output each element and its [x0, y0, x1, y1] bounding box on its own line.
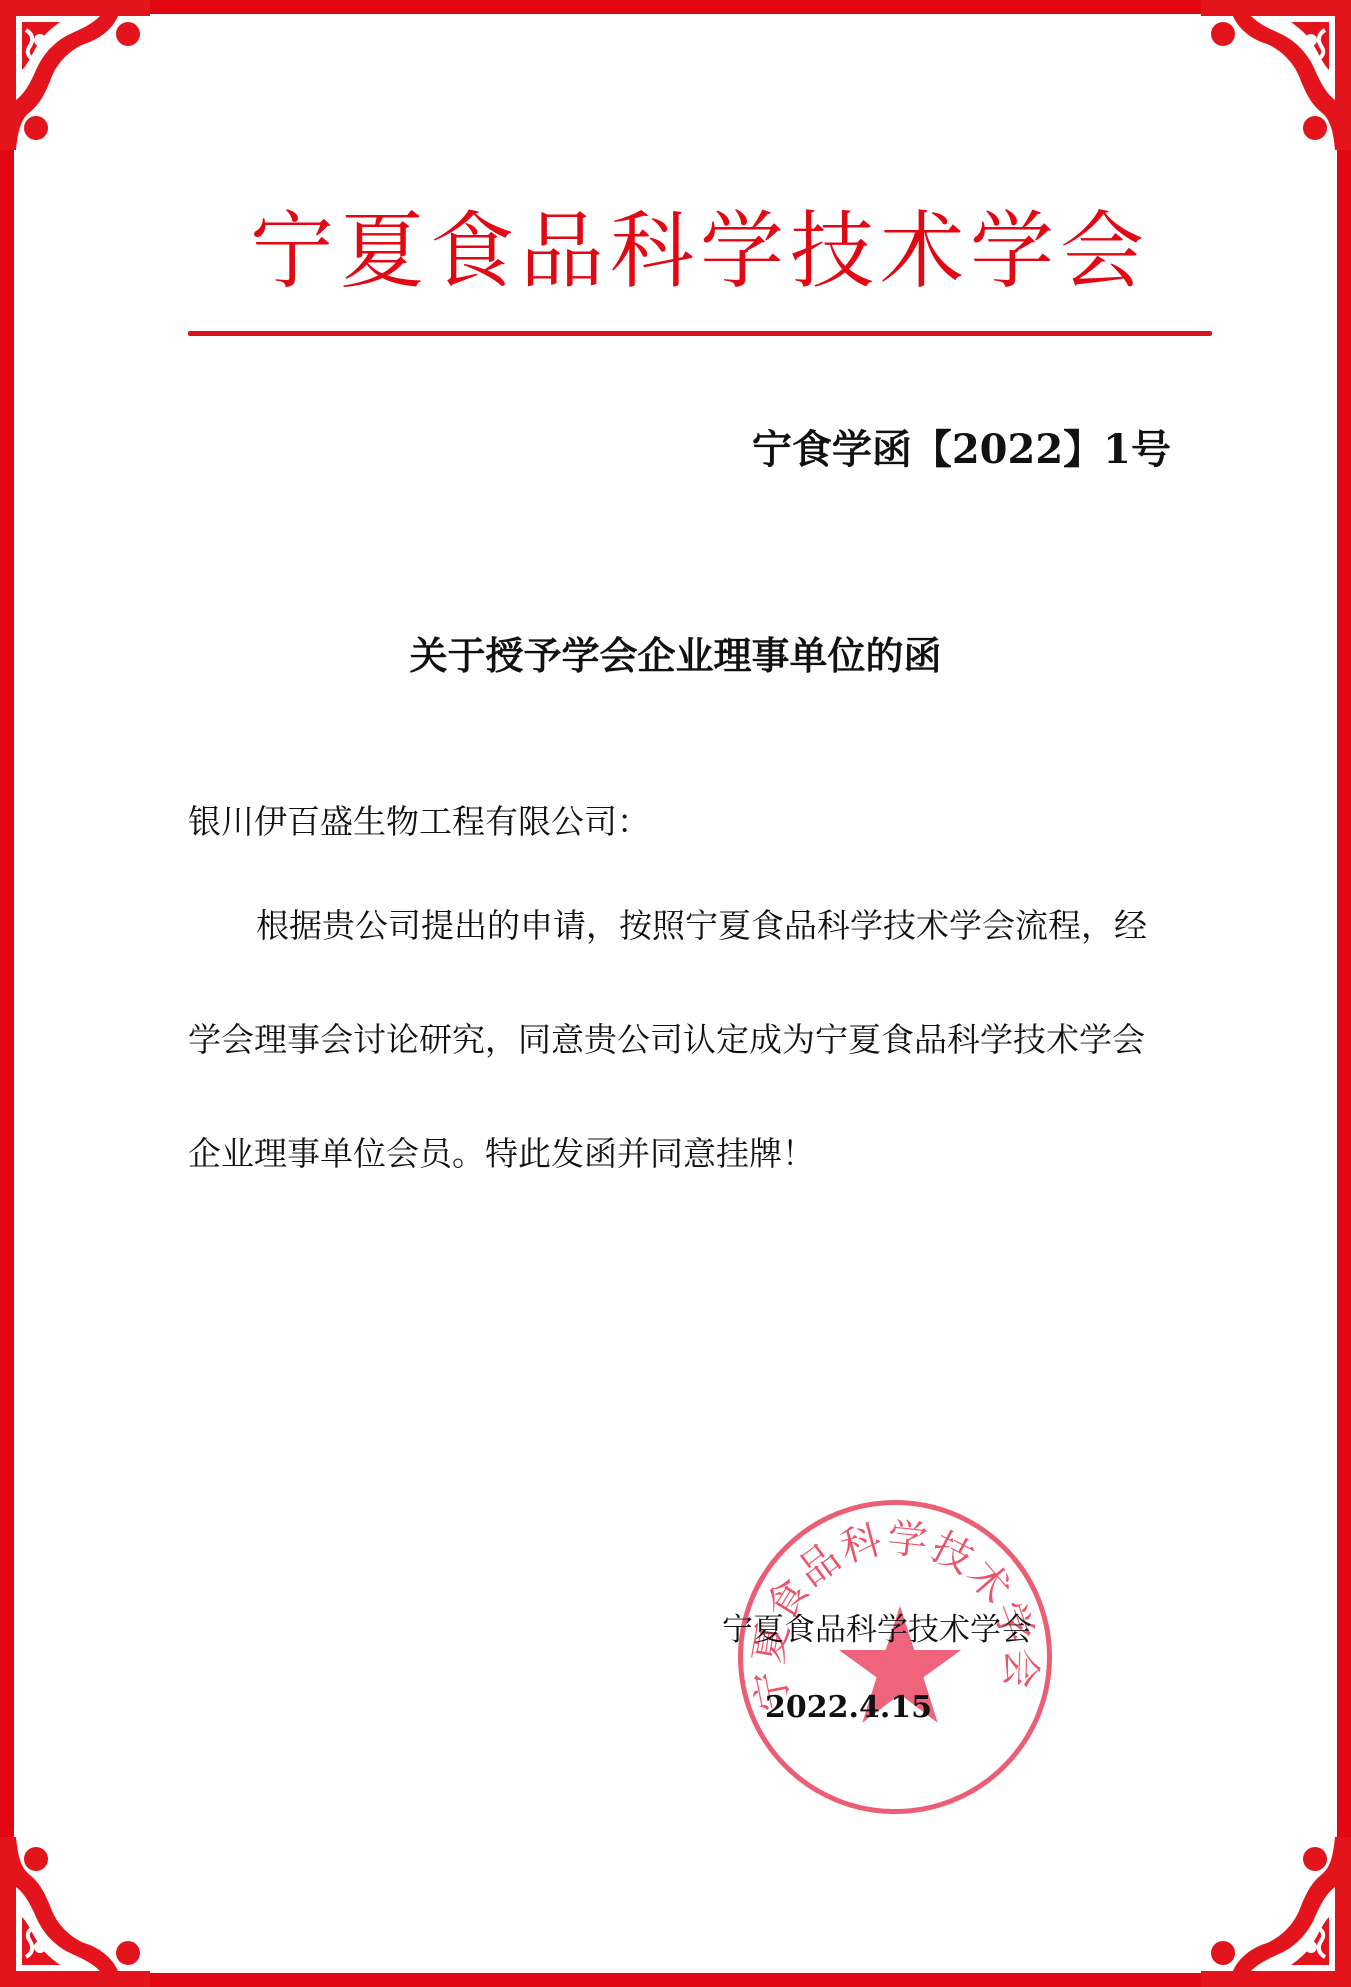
official-seal: 宁夏食品科学技术学会 [738, 1500, 1052, 1814]
letterhead-divider [188, 331, 1212, 336]
signature-org-name: 宁夏食品科学技术学会 [722, 1606, 1032, 1654]
document-body: 根据贵公司提出的申请，按照宁夏食品科学技术学会流程，经 学会理事会讨论研究，同意… [188, 902, 1168, 1244]
corner-ornament-icon [0, 1837, 150, 1987]
corner-ornament-icon [0, 0, 150, 150]
letterhead-org-name: 宁夏食品科学技术学会 [188, 196, 1212, 306]
document-page: 宁夏食品科学技术学会 宁食学函【2022】1号 关于授予学会企业理事单位的函 银… [0, 0, 1351, 1987]
addressee: 银川伊百盛生物工程有限公司： [188, 798, 650, 846]
document-subject: 关于授予学会企业理事单位的函 [0, 628, 1351, 684]
body-line: 根据贵公司提出的申请，按照宁夏食品科学技术学会流程，经 [188, 902, 1168, 1016]
signature-date: 2022.4.15 [765, 1686, 932, 1730]
document-number: 宁食学函【2022】1号 [752, 420, 1171, 480]
corner-ornament-icon [1201, 0, 1351, 150]
body-line: 学会理事会讨论研究，同意贵公司认定成为宁夏食品科学技术学会 [188, 1016, 1168, 1130]
body-line: 企业理事单位会员。特此发函并同意挂牌！ [188, 1130, 1168, 1244]
corner-ornament-icon [1201, 1837, 1351, 1987]
